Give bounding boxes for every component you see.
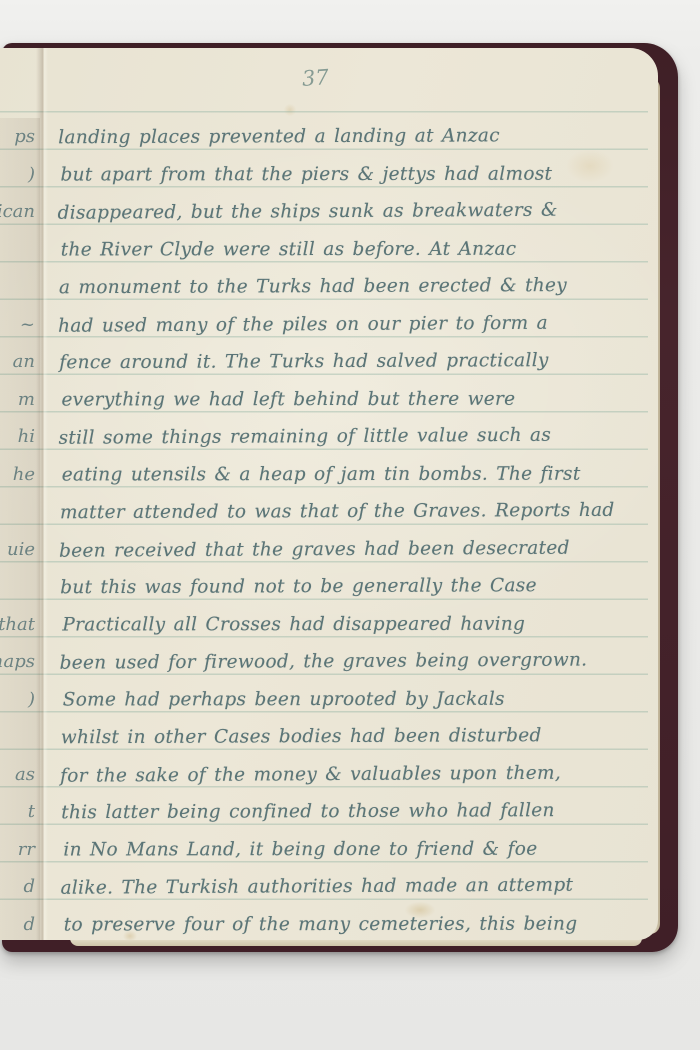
handwritten-line: but apart from that the piers & jettys h…	[60, 155, 626, 193]
handwritten-line: matter attended to was that of the Grave…	[60, 492, 626, 532]
handwritten-line: landing places prevented a landing at An…	[58, 117, 624, 157]
handwritten-line: for the sake of the money & valuables up…	[60, 754, 626, 795]
handwritten-line: Practically all Crosses had disappeared …	[62, 605, 628, 643]
previous-page-text-fragment: an	[13, 343, 35, 381]
previous-page-text-fragment: ican	[0, 193, 35, 231]
handwritten-line: this latter being confined to those who …	[61, 792, 627, 832]
previous-page-text-fragment: haps	[0, 643, 35, 681]
handwritten-line: whilst in other Cases bodies had been di…	[61, 717, 627, 757]
previous-page-strip: ps)ican~anmhiheuiethathaps)astrrdd	[0, 118, 40, 940]
handwritten-line: disappeared, but the ships sunk as break…	[57, 191, 623, 232]
previous-page-text-fragment: d	[23, 868, 35, 906]
notebook-page: ps)ican~anmhiheuiethathaps)astrrdd 37 la…	[0, 48, 658, 940]
previous-page-text-fragment: he	[13, 456, 35, 494]
previous-page-text-fragment: uie	[7, 531, 35, 569]
handwritten-line: but this was found not to be generally t…	[60, 567, 626, 607]
previous-page-text-fragment: ~	[20, 306, 35, 344]
page-number: 37	[301, 65, 329, 91]
handwritten-line: been used for firewood, the graves being…	[59, 641, 625, 682]
page-gutter-crease	[36, 48, 48, 940]
previous-page-text-fragment: m	[18, 381, 35, 419]
handwritten-line: fence around it. The Turks had salved pr…	[59, 342, 625, 382]
previous-page-text-fragment: that	[0, 606, 35, 644]
handwritten-line: had used many of the piles on our pier t…	[58, 304, 624, 345]
handwritten-line: alike. The Turkish authorities had made …	[60, 866, 626, 907]
previous-page-text-fragment: rr	[18, 831, 35, 869]
previous-page-text-fragment: t	[28, 793, 35, 831]
previous-page-text-fragment: d	[23, 906, 35, 941]
handwritten-line: Some had perhaps been uprooted by Jackal…	[63, 680, 629, 718]
previous-page-text-fragment: ps	[14, 118, 35, 156]
previous-page-text-fragment: hi	[18, 418, 35, 456]
handwritten-line: been received that the graves had been d…	[59, 529, 625, 570]
previous-page-text-fragment: )	[28, 681, 35, 719]
photograph-surface: ps)ican~anmhiheuiethathaps)astrrdd 37 la…	[0, 0, 700, 1050]
handwritten-line: in No Mans Land, it being done to friend…	[63, 830, 629, 868]
previous-page-text-fragment: as	[15, 756, 35, 794]
handwritten-line: eating utensils & a heap of jam tin bomb…	[62, 455, 628, 493]
handwritten-line: to preserve four of the many cemeteries,…	[64, 905, 630, 940]
handwritten-line: a monument to the Turks had been erected…	[59, 267, 625, 307]
handwritten-line: still some things remaining of little va…	[58, 416, 624, 457]
handwritten-line: the River Clyde were still as before. At…	[61, 230, 627, 268]
handwritten-line: everything we had left behind but there …	[61, 380, 627, 418]
diary-text-block: landing places prevented a landing at An…	[58, 117, 628, 940]
previous-page-text-fragment: )	[28, 156, 35, 194]
